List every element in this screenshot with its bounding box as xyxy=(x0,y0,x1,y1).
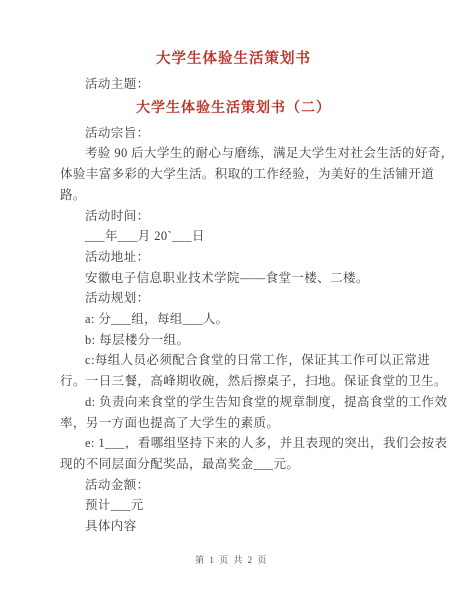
text-line: c:每组人员必须配合食堂的日常工作，保证其工作可以正常进 xyxy=(60,350,407,371)
text-line: 预计___元 xyxy=(60,495,407,516)
text-line: d: 负责向来食堂的学生告知食堂的规章制度，提高食堂的工作效 xyxy=(60,392,407,413)
document-title: 大学生体验生活策划书 xyxy=(60,44,407,74)
text-line: a: 分___组，每组___人。 xyxy=(60,309,407,330)
text-line: 体验丰富多彩的大学生活。积取的工作经验，为美好的生活铺开道 xyxy=(60,164,407,185)
document-page: 大学生体验生活策划书活动主题：大学生体验生活策划书（二）活动宗旨：考验 90 后… xyxy=(0,0,463,600)
field-label: 活动地址： xyxy=(60,247,407,268)
text-line: 路。 xyxy=(60,185,407,206)
text-line: b: 每层楼分一组。 xyxy=(60,330,407,351)
field-label: 活动主题： xyxy=(60,74,407,95)
text-line: 现的不同层面分配奖品，最高奖金___元。 xyxy=(60,454,407,475)
text-line: 行。一日三餐，高峰期收碗，然后擦桌子，扫地。保证食堂的卫生。 xyxy=(60,371,407,392)
text-line: 安徽电子信息职业技术学院——食堂一楼、二楼。 xyxy=(60,268,407,289)
text-line: ___年___月 20`___日 xyxy=(60,226,407,247)
field-label: 活动时间： xyxy=(60,206,407,227)
document-body: 大学生体验生活策划书活动主题：大学生体验生活策划书（二）活动宗旨：考验 90 后… xyxy=(0,0,463,537)
text-line: e: 1___，看哪组坚持下来的人多，并且表现的突出，我们会按表 xyxy=(60,433,407,454)
text-line: 率，另一方面也提高了大学生的素质。 xyxy=(60,413,407,434)
text-line: 具体内容 xyxy=(60,516,407,537)
page-number-footer: 第 1 页 共 2 页 xyxy=(0,553,463,566)
section-title: 大学生体验生活策划书（二） xyxy=(60,95,407,123)
field-label: 活动规划： xyxy=(60,288,407,309)
field-label: 活动宗旨： xyxy=(60,123,407,144)
field-label: 活动金额： xyxy=(60,475,407,496)
text-line: 考验 90 后大学生的耐心与磨练，满足大学生对社会生活的好奇， xyxy=(60,143,407,164)
